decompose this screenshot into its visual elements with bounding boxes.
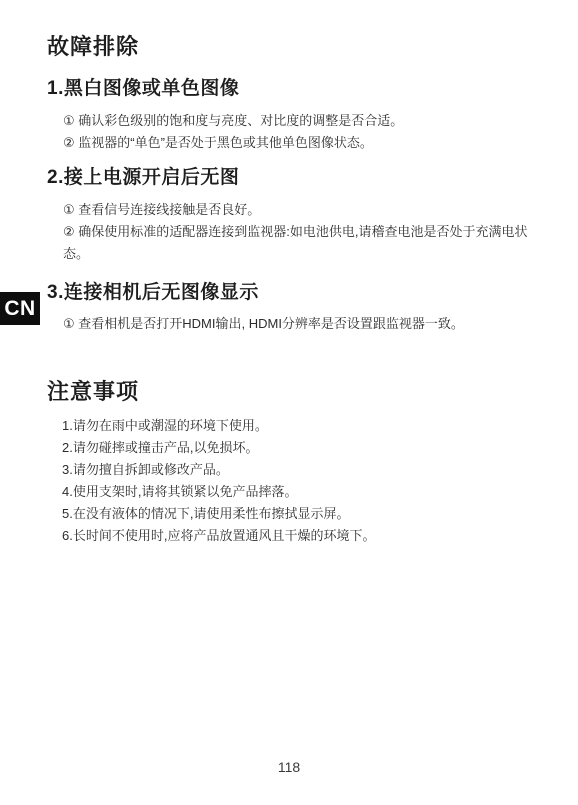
section-3-step-1: ① 查看相机是否打开HDMI输出, HDMI分辨率是否设置跟监视器一致。 [63,313,538,335]
precautions-list: 1.请勿在雨中或潮湿的环境下使用。 2.请勿碰摔或撞击产品,以免损坏。 3.请勿… [62,415,538,547]
troubleshooting-section-1: 1.黑白图像或单色图像 ① 确认彩色级别的饱和度与亮度、对比度的调整是否合适。 … [47,77,538,154]
page-number: 118 [0,759,578,775]
manual-page: CN 故障排除 1.黑白图像或单色图像 ① 确认彩色级别的饱和度与亮度、对比度的… [0,0,578,805]
section-2-heading: 2.接上电源开启后无图 [47,166,538,190]
section-3-heading: 3.连接相机后无图像显示 [47,281,538,305]
section-1-heading: 1.黑白图像或单色图像 [47,77,538,101]
precaution-item-1: 1.请勿在雨中或潮湿的环境下使用。 [62,415,538,437]
precaution-item-5: 5.在没有液体的情况下,请使用柔性布擦拭显示屏。 [62,503,538,525]
section-2-step-2: ② 确保使用标准的适配器连接到监视器:如电池供电,请稽查电池是否处于充满电状态。 [63,221,538,265]
troubleshooting-title: 故障排除 [47,33,538,61]
troubleshooting-section-2: 2.接上电源开启后无图 ① 查看信号连接线接触是否良好。 ② 确保使用标准的适配… [47,166,538,265]
precaution-item-6: 6.长时间不使用时,应将产品放置通风且干燥的环境下。 [62,525,538,547]
troubleshooting-section-3: 3.连接相机后无图像显示 ① 查看相机是否打开HDMI输出, HDMI分辨率是否… [47,281,538,335]
precaution-item-4: 4.使用支架时,请将其锁紧以免产品摔落。 [62,481,538,503]
section-1-step-1: ① 确认彩色级别的饱和度与亮度、对比度的调整是否合适。 [63,110,538,132]
precaution-item-2: 2.请勿碰摔或撞击产品,以免损坏。 [62,437,538,459]
precautions-title: 注意事项 [47,377,538,407]
section-1-step-2: ② 监视器的“单色”是否处于黑色或其他单色图像状态。 [63,132,538,154]
section-2-step-1: ① 查看信号连接线接触是否良好。 [63,199,538,221]
language-tab-cn: CN [0,292,40,325]
page-content: 故障排除 1.黑白图像或单色图像 ① 确认彩色级别的饱和度与亮度、对比度的调整是… [0,0,578,547]
precaution-item-3: 3.请勿擅自拆卸或修改产品。 [62,459,538,481]
